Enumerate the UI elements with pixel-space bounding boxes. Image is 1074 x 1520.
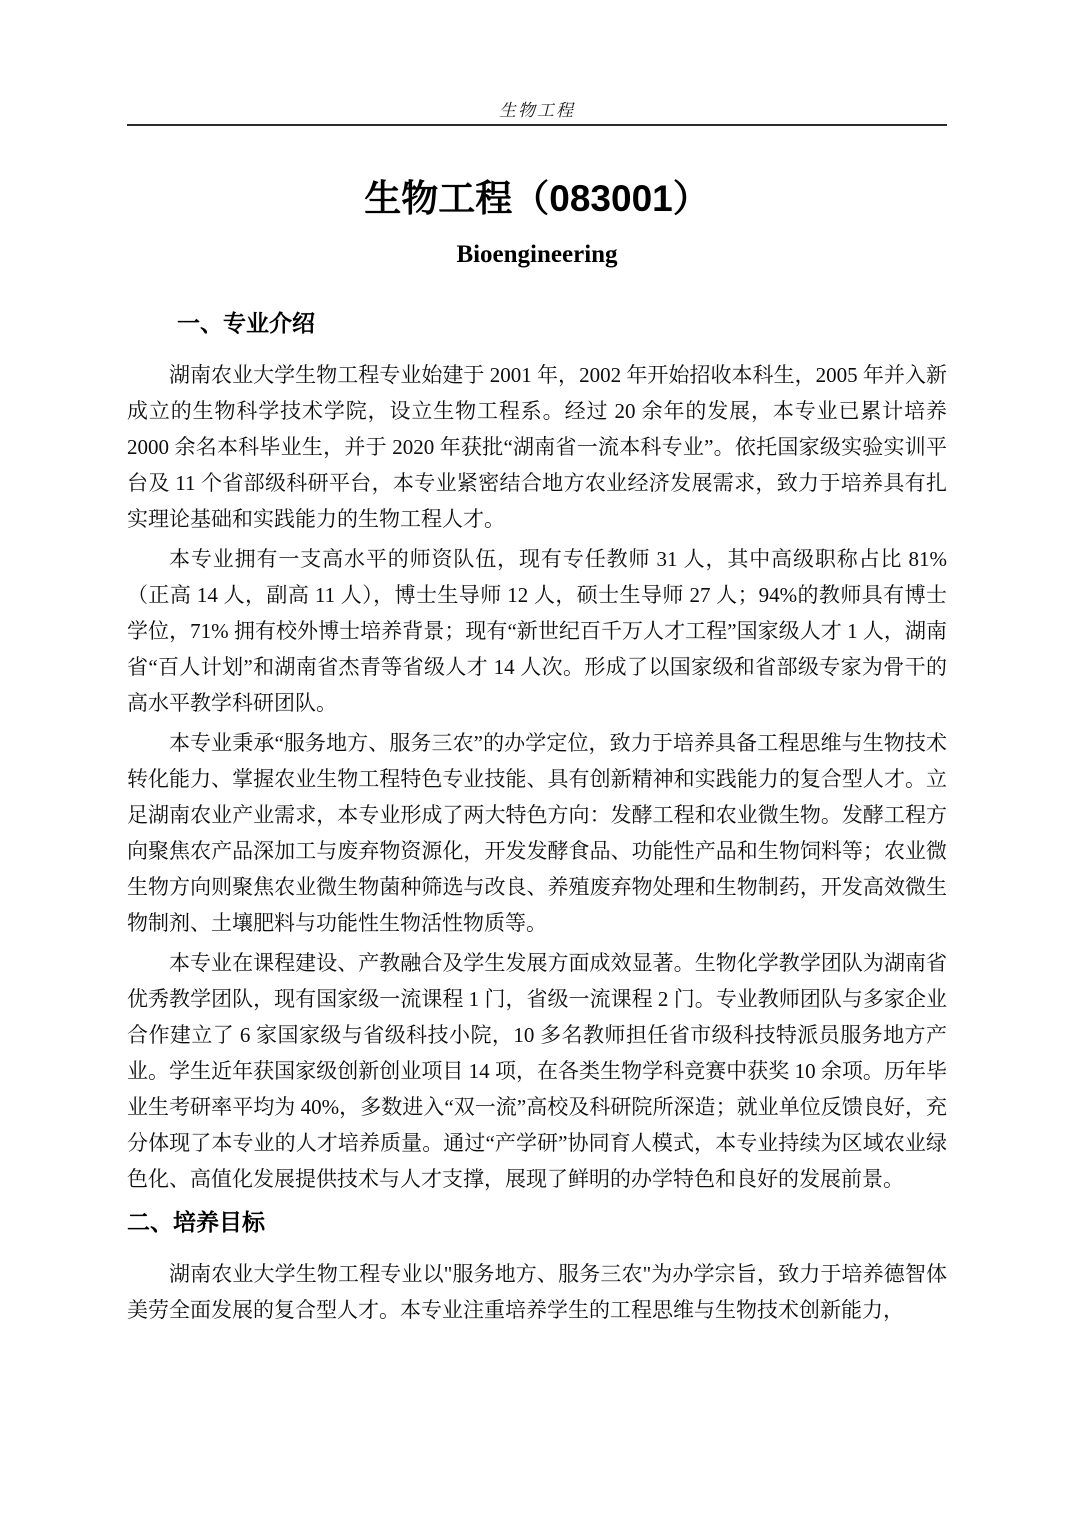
paragraph-orientation: 本专业秉承“服务地方、服务三农”的办学定位，致力于培养具备工程思维与生物技术转化… [127,725,947,941]
paragraph-history: 湖南农业大学生物工程专业始建于 2001 年，2002 年开始招收本科生，200… [127,357,947,537]
paragraph-faculty: 本专业拥有一支高水平的师资队伍，现有专任教师 31 人，其中高级职称占比 81%… [127,541,947,721]
section-heading-intro: 一、专业介绍 [127,308,947,339]
doc-title: 生物工程（083001） [127,176,947,222]
paragraph-achievements: 本专业在课程建设、产教融合及学生发展方面成效显著。生物化学教学团队为湖南省优秀教… [127,945,947,1197]
paragraph-goals: 湖南农业大学生物工程专业以"服务地方、服务三农"为办学宗旨，致力于培养德智体美劳… [127,1256,947,1328]
document-page: 生物工程 生物工程（083001） Bioengineering 一、专业介绍 … [0,0,1074,1520]
section-heading-goals: 二、培养目标 [127,1207,947,1238]
page-content: 生物工程（083001） Bioengineering 一、专业介绍 湖南农业大… [127,176,947,1328]
doc-subtitle: Bioengineering [127,240,947,270]
page-header: 生物工程 [127,0,947,126]
running-header-text: 生物工程 [127,101,947,124]
